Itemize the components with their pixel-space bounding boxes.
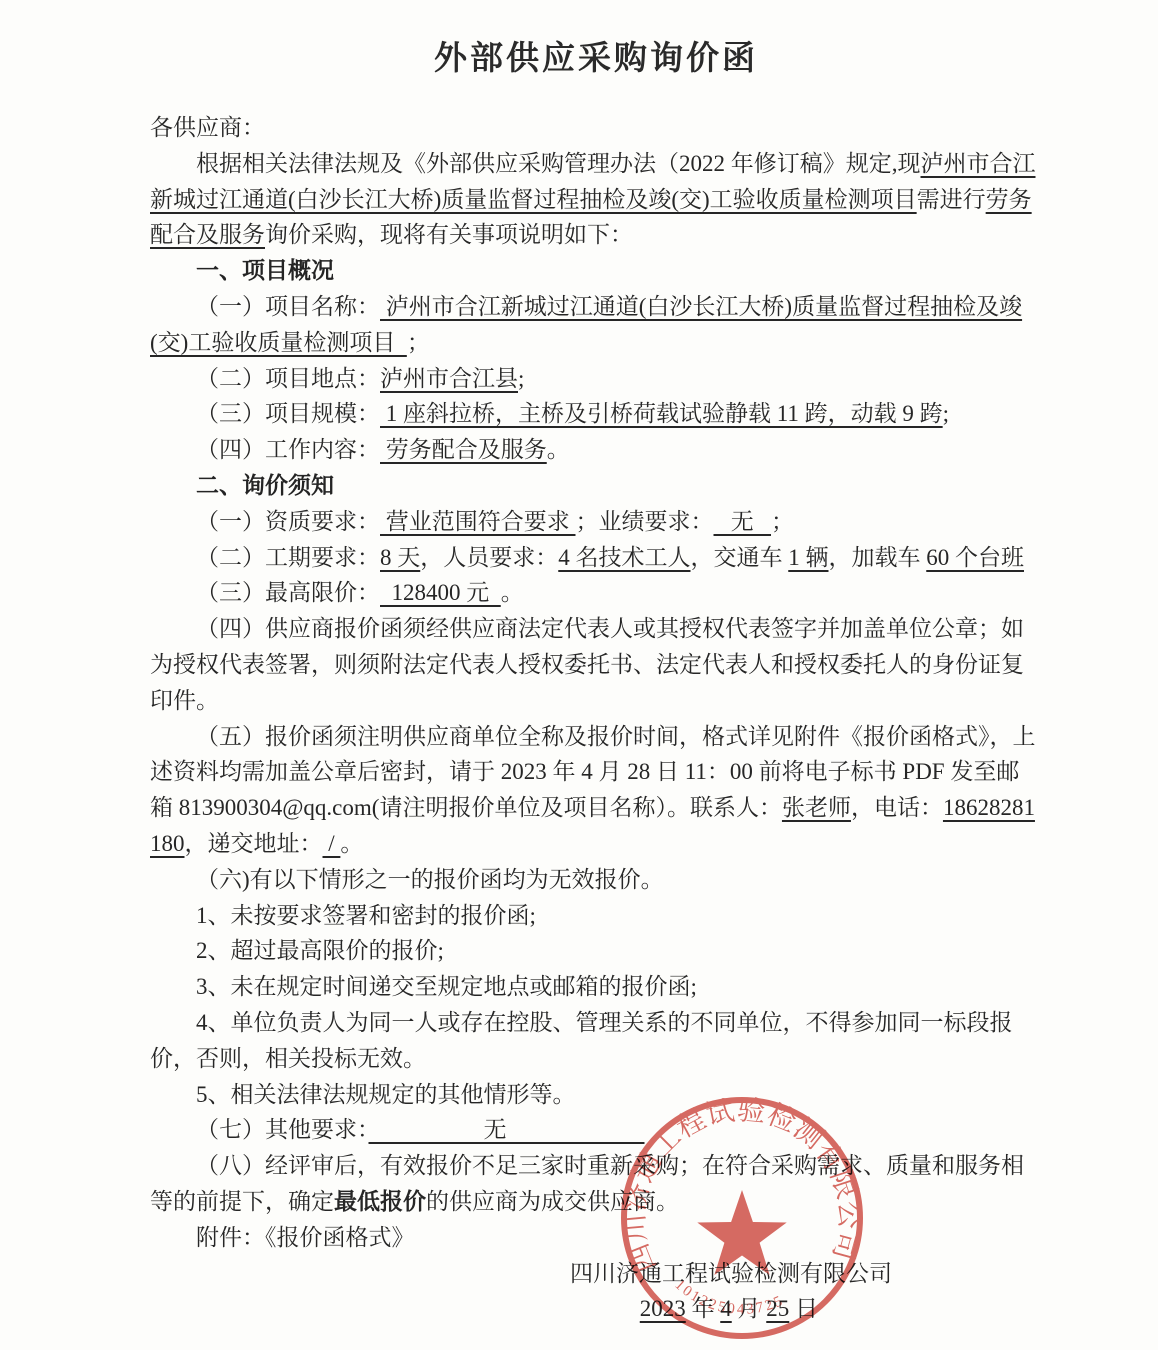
text-run: 2、超过最高限价的报价; [196, 938, 444, 963]
filled-blank: 劳务配合及服务 [380, 437, 547, 462]
invalid-case-3: 3、未在规定时间递交至规定地点或邮箱的报价函; [150, 969, 1042, 1005]
item-project-location: （二）项目地点：泸州市合江县; [150, 361, 1042, 397]
text-run: ，递交地址： [185, 831, 323, 856]
text-run: （一）项目名称： [196, 294, 380, 319]
signature-company: 四川济通工程试验检测有限公司 [150, 1256, 1042, 1292]
text-run: （三）项目规模： [196, 401, 380, 426]
text-run: （二）工期要求： [196, 545, 380, 570]
item-qualification-requirements: （一）资质要求： 营业范围符合要求 ；业绩要求： 无 ； [150, 504, 1042, 540]
signature-date: 2023 年 4 月 25 日 [150, 1291, 1042, 1327]
item-project-scale: （三）项目规模： 1 座斜拉桥，主桥及引桥荷载试验静载 11 跨，动载 9 跨; [150, 396, 1042, 432]
signature-date-day: 25 [766, 1296, 789, 1321]
filled-blank: 4 名技术工人 [558, 545, 690, 570]
filled-blank: 无 [714, 509, 772, 534]
filled-blank: 张老师 [782, 795, 851, 820]
text-run: ，人员要求： [420, 545, 558, 570]
text-run: 附件：《报价函格式》 [196, 1225, 415, 1250]
text-run: 二、询价须知 [196, 472, 334, 498]
text-run: （四）工作内容： [196, 437, 380, 462]
text-run: 的供应商为成交供应商。 [426, 1189, 679, 1214]
text-run: 一、项目概况 [196, 257, 334, 283]
document-body: 各供应商：根据相关法律法规及《外部供应采购管理办法（2022 年修订稿》规定,现… [150, 110, 1042, 1256]
text-run: ，交通车 [691, 545, 789, 570]
filled-blank: 营业范围符合要求 [380, 509, 576, 534]
filled-blank: 1 辆 [788, 545, 828, 570]
text-run: 5、相关法律法规规定的其他情形等。 [196, 1082, 576, 1107]
text-run: ，电话： [851, 795, 943, 820]
text-run: （二）项目地点： [196, 366, 380, 391]
filled-blank: / [323, 831, 341, 856]
text-run: ; [943, 401, 949, 426]
attachment-note: 附件：《报价函格式》 [150, 1220, 1042, 1256]
text-run: （六)有以下情形之一的报价函均为无效报价。 [196, 867, 664, 892]
document-page: 外部供应采购询价函 各供应商：根据相关法律法规及《外部供应采购管理办法（2022… [0, 0, 1158, 1350]
item-quotation-submission: （五）报价函须注明供应商单位全称及报价时间，格式详见附件《报价函格式》，上述资料… [150, 719, 1042, 862]
text-run: 。 [340, 831, 363, 856]
signature-date-year-label: 年 [686, 1296, 721, 1321]
text-run: 各供应商： [150, 115, 265, 140]
item-max-price: （三）最高限价： 128400 元 。 [150, 575, 1042, 611]
item-other-requirements: （七）其他要求： 无 [150, 1112, 1042, 1148]
signature-date-month-label: 月 [732, 1296, 767, 1321]
section-heading-inquiry-notes: 二、询价须知 [150, 468, 1042, 504]
invalid-case-4: 4、单位负责人为同一人或存在控股、管理关系的不同单位，不得参加同一标段报价，否则… [150, 1005, 1042, 1077]
signature-date-month: 4 [720, 1296, 732, 1321]
filled-blank: 128400 元 [380, 580, 501, 605]
text-run: （一）资质要求： [196, 509, 380, 534]
filled-blank: 1 座斜拉桥，主桥及引桥荷载试验静载 11 跨，动载 9 跨 [380, 401, 943, 426]
text-run: 根据相关法律法规及《外部供应采购管理办法（2022 年修订稿》规定,现 [196, 151, 921, 176]
text-run: （四）供应商报价函须经供应商法定代表人或其授权代表签字并加盖单位公章；如为授权代… [150, 616, 1024, 713]
text-run: （七）其他要求： [196, 1117, 369, 1142]
text-run: 。 [501, 580, 524, 605]
document-title: 外部供应采购询价函 [150, 36, 1042, 80]
text-run: 询价采购，现将有关事项说明如下： [265, 222, 633, 247]
filled-blank: 60 个台班 [926, 545, 1024, 570]
item-signature-requirement: （四）供应商报价函须经供应商法定代表人或其授权代表签字并加盖单位公章；如为授权代… [150, 611, 1042, 718]
text-run: ； [407, 330, 430, 355]
text-run: 需进行 [917, 187, 986, 212]
filled-blank: 无 [369, 1117, 645, 1142]
document-content: 外部供应采购询价函 各供应商：根据相关法律法规及《外部供应采购管理办法（2022… [0, 36, 1158, 1327]
text-run: 3、未在规定时间递交至规定地点或邮箱的报价函; [196, 974, 697, 999]
text-run: ，加载车 [829, 545, 927, 570]
filled-blank: 8 天 [380, 545, 420, 570]
invalid-case-1: 1、未按要求签署和密封的报价函; [150, 898, 1042, 934]
section-heading-project-overview: 一、项目概况 [150, 253, 1042, 289]
text-run: 4、单位负责人为同一人或存在控股、管理关系的不同单位，不得参加同一标段报价，否则… [150, 1010, 1013, 1071]
intro-paragraph: 根据相关法律法规及《外部供应采购管理办法（2022 年修订稿》规定,现泸州市合江… [150, 146, 1042, 253]
signature-date-day-label: 日 [789, 1296, 818, 1321]
item-project-name: （一）项目名称： 泸州市合江新城过江通道(白沙长江大桥)质量监督过程抽检及竣(交… [150, 289, 1042, 361]
item-work-content: （四）工作内容： 劳务配合及服务。 [150, 432, 1042, 468]
item-evaluation-rule: （八）经评审后，有效报价不足三家时重新采购；在符合采购需求、质量和服务相等的前提… [150, 1148, 1042, 1220]
text-run: （三）最高限价： [196, 580, 380, 605]
text-run: ；业绩要求： [576, 509, 714, 534]
text-run: ； [771, 509, 794, 534]
item-invalid-quotes-intro: （六)有以下情形之一的报价函均为无效报价。 [150, 862, 1042, 898]
salutation: 各供应商： [150, 110, 1042, 146]
text-run: 1、未按要求签署和密封的报价函; [196, 903, 536, 928]
emphasized-text: 最低报价 [334, 1188, 426, 1214]
invalid-case-5: 5、相关法律法规规定的其他情形等。 [150, 1077, 1042, 1113]
invalid-case-2: 2、超过最高限价的报价; [150, 933, 1042, 969]
text-run: 。 [547, 437, 570, 462]
item-schedule-requirements: （二）工期要求：8 天，人员要求：4 名技术工人，交通车 1 辆，加载车 60 … [150, 540, 1042, 576]
text-run: ; [518, 366, 524, 391]
filled-blank: 泸州市合江县 [380, 366, 518, 391]
signature-date-year: 2023 [640, 1296, 686, 1321]
